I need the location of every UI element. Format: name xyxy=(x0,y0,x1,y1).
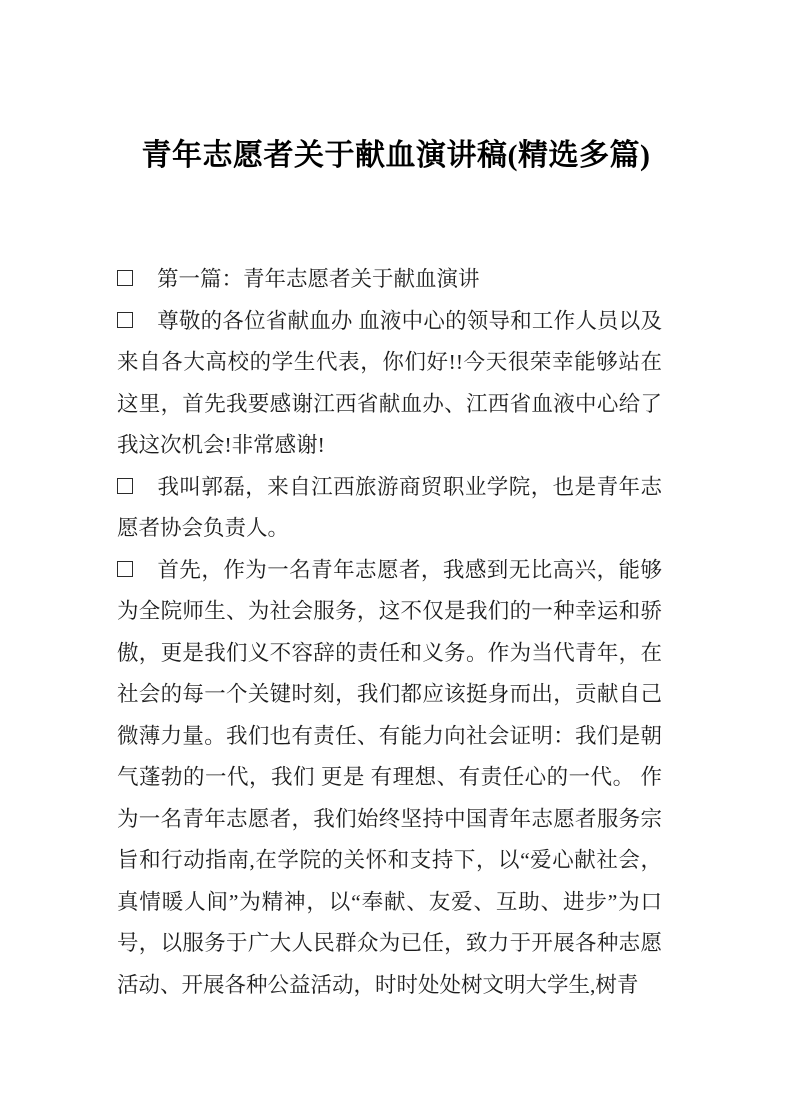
empty-square-marker-icon xyxy=(117,561,133,577)
document-body: 第一篇：青年志愿者关于献血演讲 尊敬的各位省献血办 血液中心的领导和工作人员以及… xyxy=(117,259,662,1006)
empty-square-marker-icon xyxy=(117,270,133,286)
document-page: 青年志愿者关于献血演讲稿(精选多篇) 第一篇：青年志愿者关于献血演讲 尊敬的各位… xyxy=(0,0,792,1120)
empty-square-marker-icon xyxy=(117,478,133,494)
paragraph: 第一篇：青年志愿者关于献血演讲 xyxy=(117,259,662,301)
paragraph-text: 我叫郭磊，来自江西旅游商贸职业学院，也是青年志愿者协会负责人。 xyxy=(117,475,662,541)
paragraph: 我叫郭磊，来自江西旅游商贸职业学院，也是青年志愿者协会负责人。 xyxy=(117,467,662,550)
document-title: 青年志愿者关于献血演讲稿(精选多篇) xyxy=(0,136,792,175)
paragraph-text: 尊敬的各位省献血办 血液中心的领导和工作人员以及来自各大高校的学生代表，你们好!… xyxy=(117,309,662,458)
empty-square-marker-icon xyxy=(117,312,133,328)
paragraph-text: 首先，作为一名青年志愿者，我感到无比高兴，能够为全院师生、为社会服务，这不仅是我… xyxy=(117,558,662,997)
paragraph: 尊敬的各位省献血办 血液中心的领导和工作人员以及来自各大高校的学生代表，你们好!… xyxy=(117,301,662,467)
paragraph: 首先，作为一名青年志愿者，我感到无比高兴，能够为全院师生、为社会服务，这不仅是我… xyxy=(117,550,662,1007)
paragraph-text: 第一篇：青年志愿者关于献血演讲 xyxy=(157,267,480,291)
